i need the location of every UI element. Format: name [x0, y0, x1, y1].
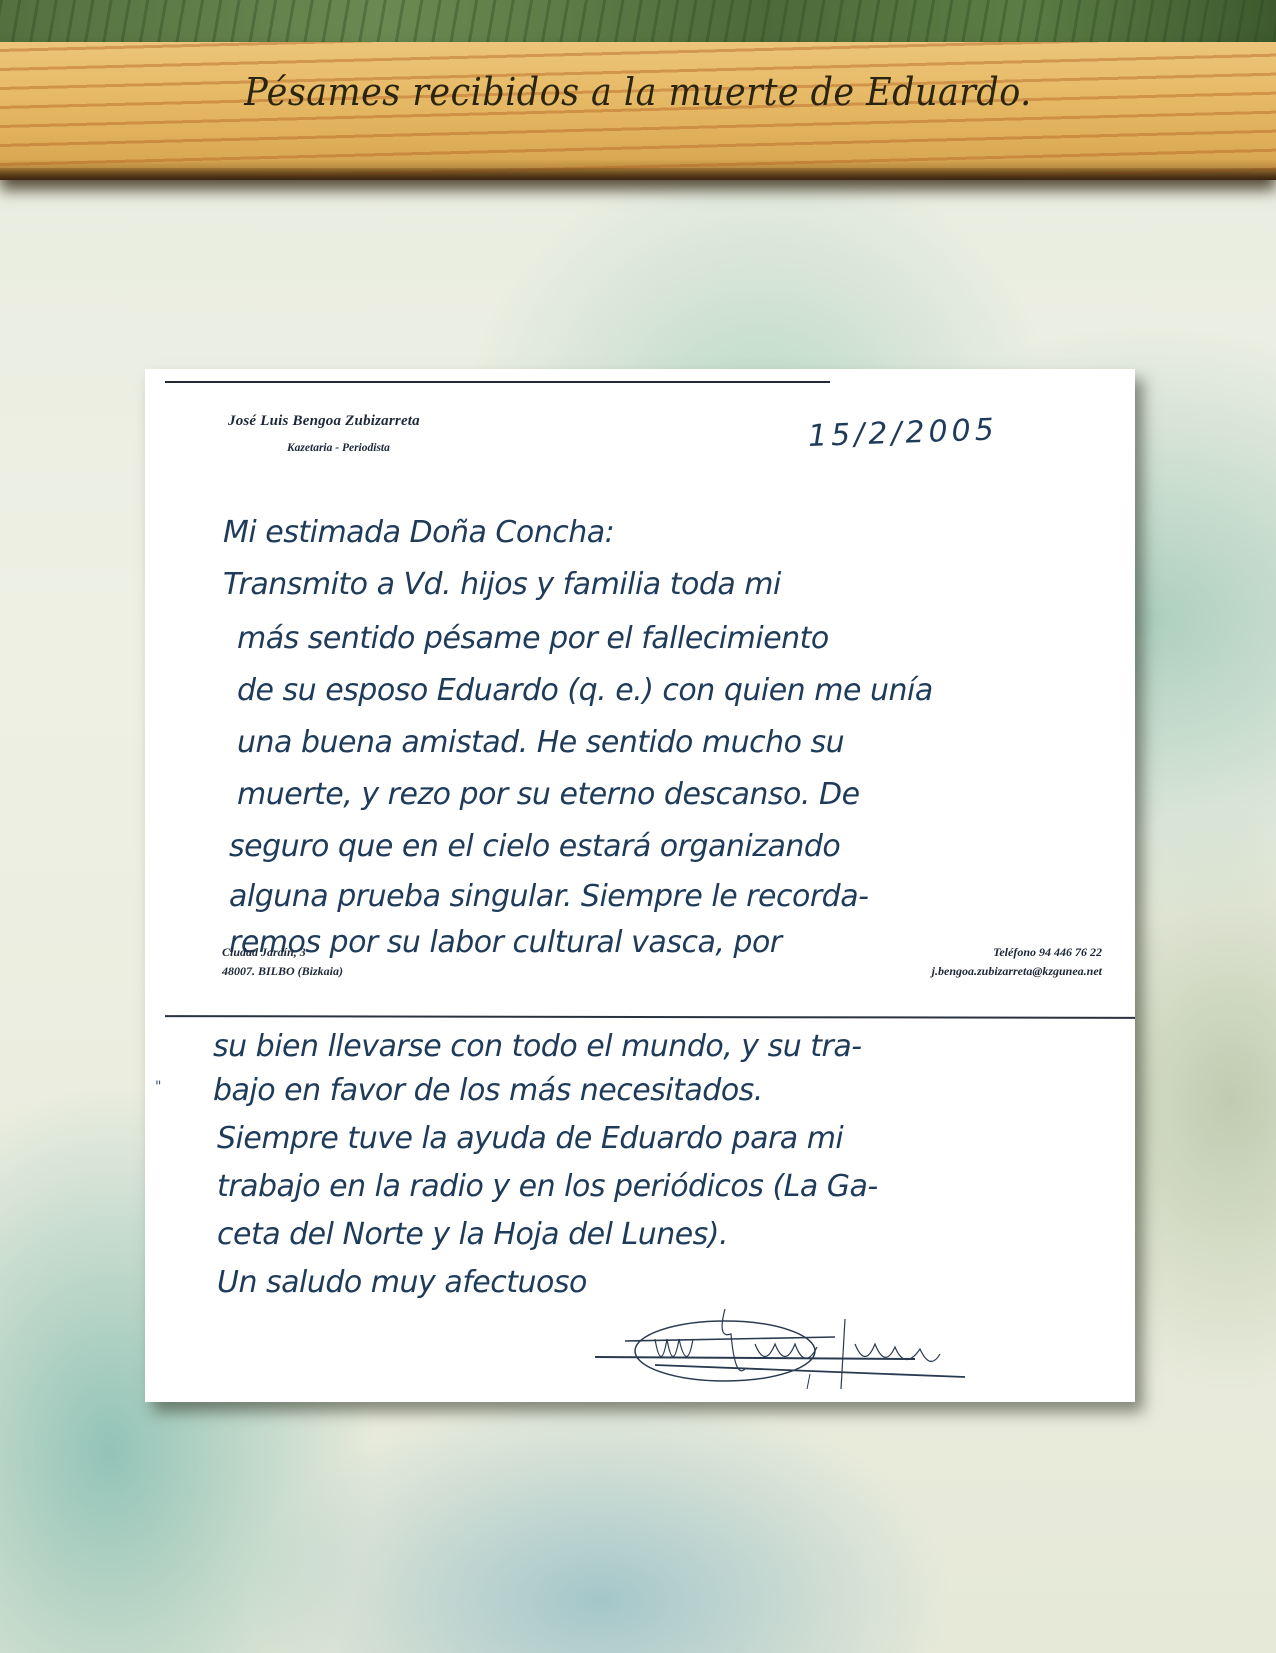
address-line: Ciudad Jardín, 3: [222, 943, 343, 962]
letter-line: seguro que en el cielo estará organizand…: [229, 829, 840, 864]
title-banner: Pésames recibidos a la muerte de Eduardo…: [0, 42, 1276, 180]
phone-number: Teléfono 94 446 76 22: [932, 943, 1102, 962]
letter-line: muerte, y rezo por su eterno descanso. D…: [237, 777, 860, 812]
closing: Un saludo muy afectuoso: [217, 1265, 587, 1300]
salutation: Mi estimada Doña Concha:: [223, 515, 614, 550]
address-line: 48007. BILBO (Bizkaia): [222, 962, 343, 981]
letter-line: de su esposo Eduardo (q. e.) con quien m…: [237, 673, 933, 708]
letterhead-rule: [165, 381, 830, 383]
letter-line: más sentido pésame por el fallecimiento: [237, 621, 829, 656]
letter-line: bajo en favor de los más necesitados.: [213, 1073, 763, 1108]
letter-line: una buena amistad. He sentido mucho su: [237, 725, 844, 760]
foliage-background: [0, 0, 1276, 48]
condolence-letter: José Luis Bengoa Zubizarreta Kazetaria -…: [145, 369, 1135, 1402]
letter-line: su bien llevarse con todo el mundo, y su…: [213, 1029, 862, 1064]
letter-date: 15/2/2005: [807, 412, 998, 454]
letter-line: ceta del Norte y la Hoja del Lunes).: [217, 1217, 728, 1252]
signature: [595, 1299, 975, 1389]
email-address: j.bengoa.zubizarreta@kzgunea.net: [932, 962, 1102, 981]
letterhead-contact: Teléfono 94 446 76 22 j.bengoa.zubizarre…: [932, 943, 1102, 981]
page-title: Pésames recibidos a la muerte de Eduardo…: [51, 70, 1225, 114]
letter-line: Transmito a Vd. hijos y familia toda mi: [223, 567, 781, 602]
margin-mark: ": [155, 1079, 161, 1095]
page-separator-rule: [165, 1015, 1135, 1019]
letter-line: Siempre tuve la ayuda de Eduardo para mi: [217, 1121, 843, 1156]
letterhead-address: Ciudad Jardín, 3 48007. BILBO (Bizkaia): [222, 943, 343, 981]
letterhead-role: Kazetaria - Periodista: [287, 442, 390, 454]
letter-line: trabajo en la radio y en los periódicos …: [217, 1169, 878, 1204]
letter-line: alguna prueba singular. Siempre le recor…: [229, 879, 868, 914]
letterhead-name: José Luis Bengoa Zubizarreta: [228, 413, 420, 430]
